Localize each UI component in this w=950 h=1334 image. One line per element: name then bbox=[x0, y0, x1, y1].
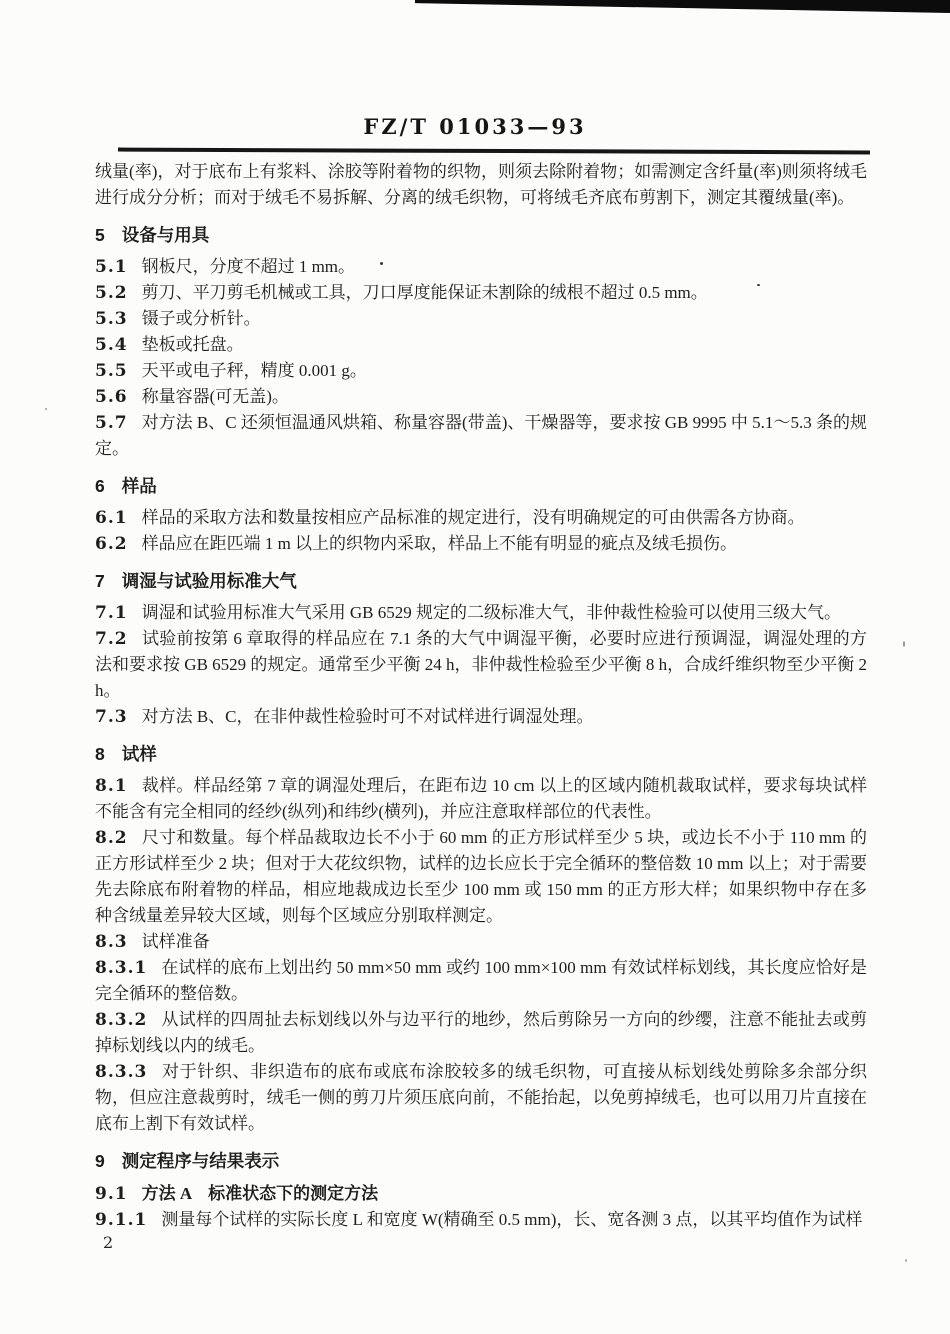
clause-number: 9.1.1 bbox=[95, 1210, 147, 1230]
clause-8-1: 8.1裁样。样品经第 7 章的调湿处理后，在距布边 10 cm 以上的区域内随机… bbox=[95, 773, 867, 825]
clause-text: 样品的采取方法和数量按相应产品标准的规定进行，没有明确规定的可由供需各方协商。 bbox=[142, 508, 805, 527]
clause-number: 5.6 bbox=[95, 387, 128, 407]
clause-text: 在试样的底布上划出约 50 mm×50 mm 或约 100 mm×100 mm … bbox=[95, 958, 867, 1003]
clause-8-3-3: 8.3.3对于针织、非织造布的底布或底布涂胶较多的绒毛织物，可直接从标划线处剪除… bbox=[95, 1059, 867, 1137]
clause-8-2: 8.2尺寸和数量。每个样品裁取边长不小于 60 mm 的正方形试样至少 5 块，… bbox=[95, 825, 867, 929]
clause-text: 垫板或托盘。 bbox=[142, 335, 244, 354]
clause-5-6: 5.6称量容器(可无盖)。 bbox=[95, 384, 867, 410]
section-title: 试样 bbox=[122, 744, 157, 764]
clause-8-3: 8.3试样准备 bbox=[95, 929, 867, 955]
clause-number: 7.1 bbox=[95, 603, 128, 623]
section-heading-7: 7调湿与试验用标准大气 bbox=[95, 568, 867, 594]
clause-5-2: 5.2剪刀、平刀剪毛机械或工具，刀口厚度能保证未割除的绒根不超过 0.5 mm。 bbox=[95, 280, 867, 306]
clause-8-3-2: 8.3.2从试样的四周扯去标划线以外与边平行的地纱，然后剪除另一方向的纱缨，注意… bbox=[95, 1007, 867, 1059]
clause-6-2: 6.2样品应在距匹端 1 m 以上的织物内采取，样品上不能有明显的疵点及绒毛损伤… bbox=[95, 531, 867, 557]
scan-speck bbox=[380, 262, 383, 265]
scan-speck bbox=[905, 1259, 907, 1262]
document-body: 绒量(率)，对于底布上有浆料、涂胶等附着物的织物，则须去除附着物；如需测定含纤量… bbox=[95, 159, 867, 1233]
clause-8-3-1: 8.3.1在试样的底布上划出约 50 mm×50 mm 或约 100 mm×10… bbox=[95, 955, 867, 1007]
clause-number: 5.5 bbox=[95, 361, 128, 381]
scan-speck bbox=[372, 1190, 374, 1192]
clause-number: 5.7 bbox=[95, 413, 128, 433]
clause-number: 8.3.2 bbox=[95, 1010, 147, 1030]
clause-text: 调湿和试验用标准大气采用 GB 6529 规定的二级标准大气，非仲裁性检验可以使… bbox=[142, 603, 841, 622]
scanned-document-page: FZ/T 01033—93 绒量(率)，对于底布上有浆料、涂胶等附着物的织物，则… bbox=[0, 0, 950, 1334]
clause-text: 对于针织、非织造布的底布或底布涂胶较多的绒毛织物，可直接从标划线处剪除多余部分织… bbox=[95, 1062, 867, 1133]
standard-code-header: FZ/T 01033—93 bbox=[0, 114, 950, 139]
clause-5-3: 5.3镊子或分析针。 bbox=[95, 306, 867, 332]
clause-number: 6.1 bbox=[95, 508, 128, 528]
clause-text: 天平或电子秤，精度 0.001 g。 bbox=[142, 361, 367, 380]
clause-text: 称量容器(可无盖)。 bbox=[142, 387, 289, 406]
clause-text: 对方法 B、C，在非仲裁性检验时可不对试样进行调湿处理。 bbox=[142, 707, 594, 726]
continuation-paragraph: 绒量(率)，对于底布上有浆料、涂胶等附着物的织物，则须去除附着物；如需测定含纤量… bbox=[95, 159, 867, 211]
page-number: 2 bbox=[103, 1233, 113, 1252]
section-title: 设备与用具 bbox=[122, 225, 210, 245]
clause-text: 样品应在距匹端 1 m 以上的织物内采取，样品上不能有明显的疵点及绒毛损伤。 bbox=[142, 534, 737, 553]
section-heading-8: 8试样 bbox=[95, 741, 867, 767]
clause-number: 8.3.1 bbox=[95, 958, 147, 978]
clause-number: 7.3 bbox=[95, 707, 128, 727]
clause-6-1: 6.1样品的采取方法和数量按相应产品标准的规定进行，没有明确规定的可由供需各方协… bbox=[95, 505, 867, 531]
scan-speck bbox=[45, 408, 47, 410]
section-heading-6: 6样品 bbox=[95, 473, 867, 499]
clause-number: 8.3 bbox=[95, 932, 128, 952]
clause-number: 5.1 bbox=[95, 257, 128, 277]
clause-number: 7.2 bbox=[95, 629, 128, 649]
header-rule bbox=[118, 148, 870, 155]
clause-text: 从试样的四周扯去标划线以外与边平行的地纱，然后剪除另一方向的纱缨，注意不能扯去或… bbox=[95, 1010, 867, 1055]
scan-speck bbox=[903, 641, 905, 647]
section-number: 6 bbox=[95, 476, 106, 496]
clause-7-2: 7.2试验前按第 6 章取得的样品应在 7.1 条的大气中调湿平衡，必要时应进行… bbox=[95, 626, 867, 704]
clause-9-1-1: 9.1.1测量每个试样的实际长度 L 和宽度 W(精确至 0.5 mm)，长、宽… bbox=[95, 1207, 867, 1233]
section-heading-5: 5设备与用具 bbox=[95, 222, 867, 248]
clause-number: 8.3.3 bbox=[95, 1062, 147, 1082]
clause-text: 测量每个试样的实际长度 L 和宽度 W(精确至 0.5 mm)，长、宽各测 3 … bbox=[161, 1210, 862, 1229]
scan-speck bbox=[757, 284, 760, 286]
clause-number: 5.4 bbox=[95, 335, 128, 355]
clause-number: 9.1 bbox=[95, 1184, 128, 1204]
section-title: 调湿与试验用标准大气 bbox=[122, 571, 297, 591]
clause-text: 裁样。样品经第 7 章的调湿处理后，在距布边 10 cm 以上的区域内随机裁取试… bbox=[95, 776, 867, 821]
clause-7-3: 7.3对方法 B、C，在非仲裁性检验时可不对试样进行调湿处理。 bbox=[95, 704, 867, 730]
scan-artifact-top-wedge bbox=[415, 0, 950, 13]
clause-text: 方法 A 标准状态下的测定方法 bbox=[142, 1184, 379, 1203]
clause-text: 对方法 B、C 还须恒温通风烘箱、称量容器(带盖)、干燥器等，要求按 GB 99… bbox=[95, 413, 867, 458]
section-title: 测定程序与结果表示 bbox=[122, 1151, 280, 1171]
section-title: 样品 bbox=[122, 476, 157, 496]
clause-9-1: 9.1方法 A 标准状态下的测定方法 bbox=[95, 1181, 867, 1207]
clause-text: 试验前按第 6 章取得的样品应在 7.1 条的大气中调湿平衡，必要时应进行预调湿… bbox=[95, 629, 867, 700]
clause-number: 5.3 bbox=[95, 309, 128, 329]
clause-5-7: 5.7对方法 B、C 还须恒温通风烘箱、称量容器(带盖)、干燥器等，要求按 GB… bbox=[95, 410, 867, 462]
clause-text: 尺寸和数量。每个样品裁取边长不小于 60 mm 的正方形试样至少 5 块，或边长… bbox=[95, 828, 867, 925]
clause-text: 试样准备 bbox=[142, 932, 210, 951]
clause-text: 钢板尺，分度不超过 1 mm。 bbox=[142, 257, 355, 276]
section-number: 8 bbox=[95, 744, 106, 764]
clause-5-5: 5.5天平或电子秤，精度 0.001 g。 bbox=[95, 358, 867, 384]
clause-number: 8.2 bbox=[95, 828, 128, 848]
section-heading-9: 9测定程序与结果表示 bbox=[95, 1148, 867, 1174]
clause-number: 5.2 bbox=[95, 283, 128, 303]
clause-7-1: 7.1调湿和试验用标准大气采用 GB 6529 规定的二级标准大气，非仲裁性检验… bbox=[95, 600, 867, 626]
section-number: 7 bbox=[95, 571, 106, 591]
clause-text: 镊子或分析针。 bbox=[142, 309, 261, 328]
clause-text: 剪刀、平刀剪毛机械或工具，刀口厚度能保证未割除的绒根不超过 0.5 mm。 bbox=[142, 283, 708, 302]
section-number: 9 bbox=[95, 1151, 106, 1171]
clause-number: 8.1 bbox=[95, 776, 128, 796]
clause-number: 6.2 bbox=[95, 534, 128, 554]
section-number: 5 bbox=[95, 225, 106, 245]
clause-5-4: 5.4垫板或托盘。 bbox=[95, 332, 867, 358]
clause-5-1: 5.1钢板尺，分度不超过 1 mm。 bbox=[95, 254, 867, 280]
